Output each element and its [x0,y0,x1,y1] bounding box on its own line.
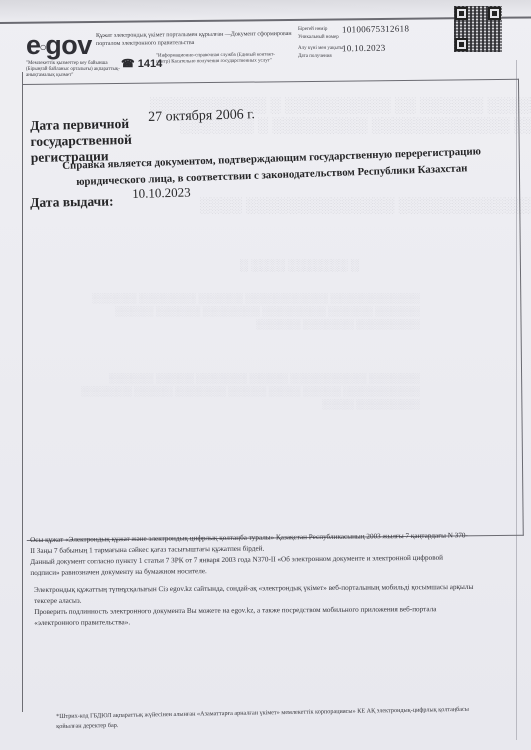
logo-subtitle: "Мемлекеттік қызметтер кеу байынша (Біры… [26,61,126,79]
page-fold-shadow [0,0,531,24]
bleed-through-text: ░░░░░░░░░░░░░░ ░░░░░░░░░░░░░ ░░░░░░░ ░░░… [80,292,420,331]
qr-code-icon [454,6,502,52]
scanned-document-page: e○gov "Мемлекеттік қызметтер кеу байынша… [0,0,531,750]
barcode-footnote: *Штрих-код ГБДЮЛ ақпараттық жүйесінен ал… [56,703,531,732]
issue-date-label-ru: Дата получения [298,54,332,60]
qr-finder-pattern [455,7,468,20]
bleed-through-text: ░ ░░░░░░░░░░░░░░░ ░░░░░░░░░░░░░░ ░░░░ [200,198,531,215]
issued-date-label: Дата выдачи: [30,194,114,211]
unique-number-value: 10100675312618 [342,23,409,34]
verification-notice: Электрондық құжаттың түпнұсқалығын Сіз e… [34,582,524,629]
verification-ru-line-2: «электронного правительства». [34,615,524,629]
issue-date-label-kz: Алу күні мен уақыты [298,46,343,52]
generated-by-portal-note: Құжат электрондық үкімет порталымен құры… [96,30,296,48]
logo-letter-e: e [26,30,41,60]
legal-notice: Осы құжат «Электрондық құжат және электр… [30,530,525,579]
qr-finder-pattern [488,7,501,20]
contact-center-note: "Информационно-справочная служба (Единый… [156,52,286,65]
qr-finder-pattern [455,38,468,51]
unique-number-label-ru: Уникальный номер [298,35,339,41]
issued-date-value: 10.10.2023 [132,184,191,202]
phone-icon: ☎ [121,58,135,70]
bleed-through-text: ░ ░░░░░░░ ░░░░ ░ [240,258,360,273]
unique-number-label-kz: Бірегей нөмір [298,27,327,33]
issue-date-value: 10.10.2023 [342,43,386,54]
egov-logo: e○gov [26,30,92,61]
logo-text-gov: gov [45,30,92,60]
primary-registration-date: 27 октября 2006 г. [148,107,255,126]
bleed-through-text: ░░░░░░░░ ░░░░░░░░░░░░ ░░░░░░ ░░░░░░░░ ░░… [80,372,420,411]
